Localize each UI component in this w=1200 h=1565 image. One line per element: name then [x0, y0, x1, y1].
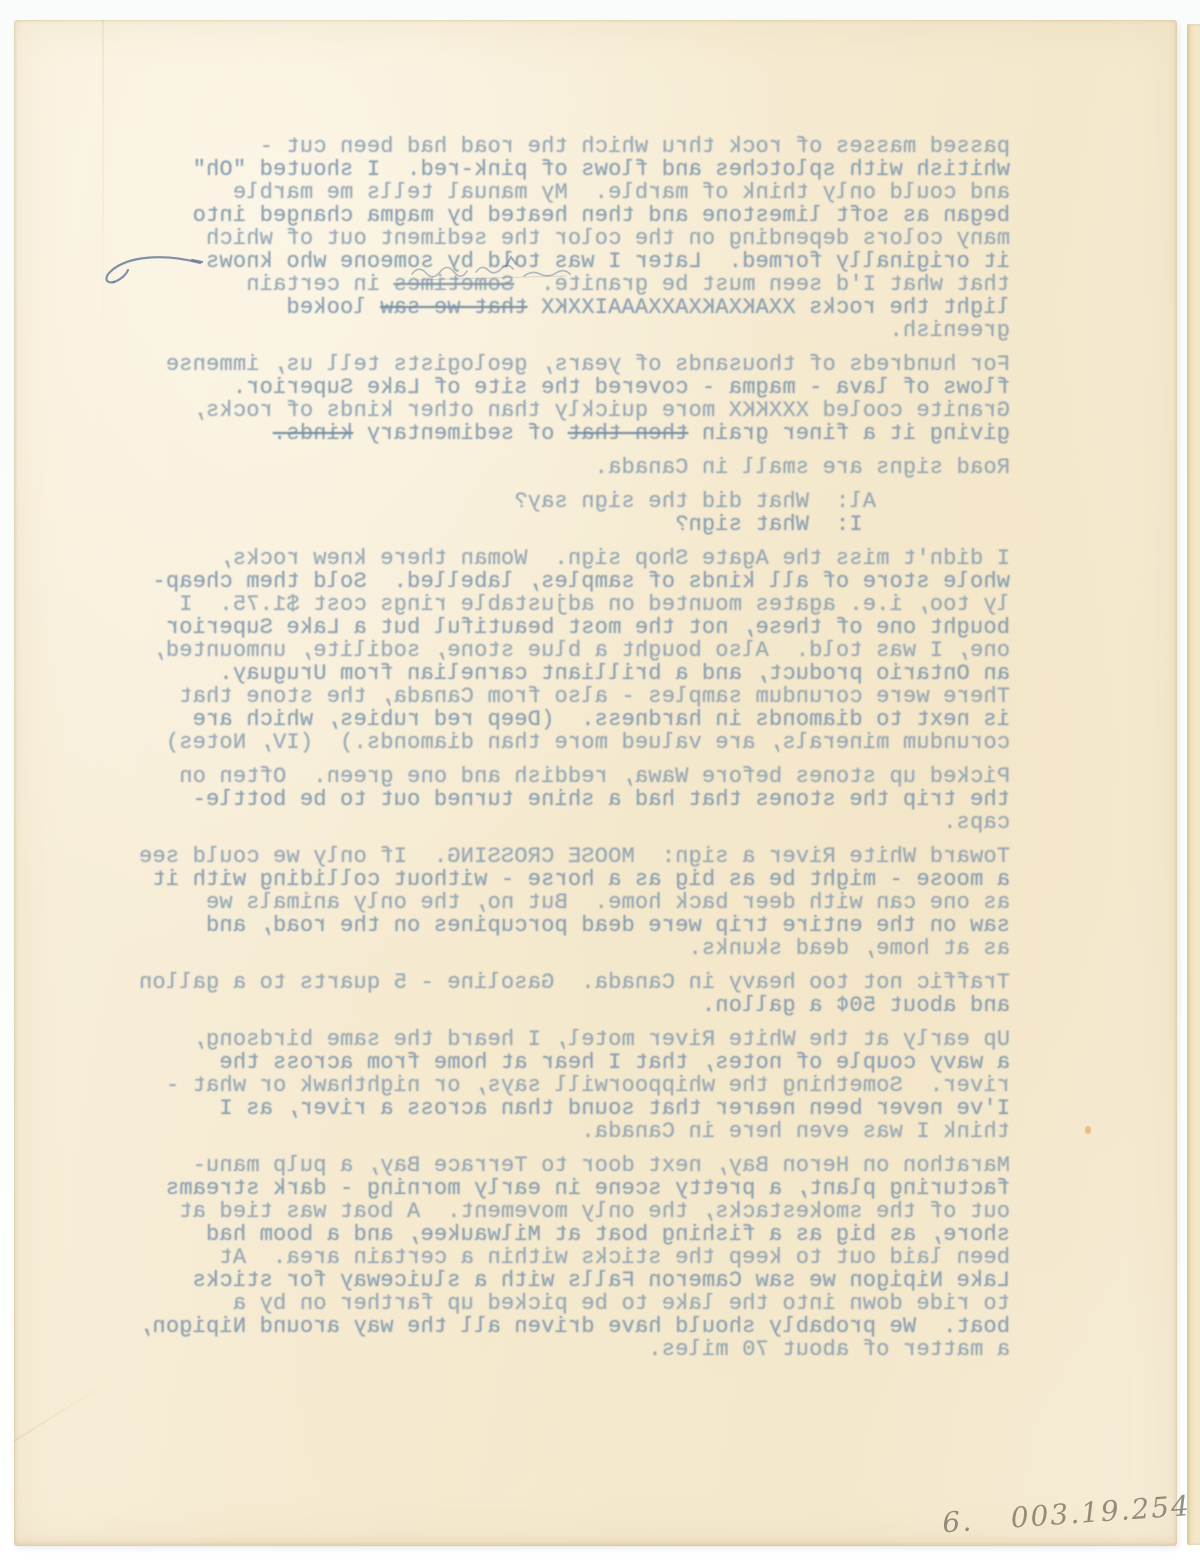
struck-text: kinds. — [273, 421, 353, 446]
typed-line: Picked up stones before Wawa, reddish an… — [130, 765, 1010, 788]
catalog-page-number: 6. — [941, 1504, 974, 1539]
typed-line: a moose - might be as big as a horse - w… — [130, 868, 1010, 891]
paper-crease — [13, 1377, 116, 1442]
typed-line: shore, as big as a fishing boat at Milwa… — [130, 1223, 1010, 1246]
catalog-number-annotation: 6.003.19.254 — [941, 1490, 1183, 1540]
paragraph: Marathon on Heron Bay, next door to Terr… — [130, 1154, 1010, 1361]
typed-line: Toward White River a sign: MOOSE CROSSIN… — [130, 845, 1010, 868]
typed-line: whitish with splotches and flows of pink… — [130, 158, 1010, 181]
paragraph: Traffic not too heavy in Canada. Gasolin… — [130, 971, 1010, 1017]
typed-line: and about 50¢ a gallon. — [130, 994, 1010, 1017]
struck-text: that we saw — [380, 295, 527, 320]
paragraph: passed masses of rock thru which the roa… — [130, 135, 1010, 342]
paragraph: Road signs are small in Canada. — [130, 456, 1010, 479]
typed-line: an Ontario product, and a brilliant carn… — [130, 662, 1010, 685]
typed-line: bought one of these, not the most beauti… — [130, 616, 1010, 639]
struck-text: Sometimes — [393, 272, 514, 297]
typed-line: greenish. — [130, 319, 1010, 342]
typed-line: I: What sign? — [130, 513, 1010, 536]
typed-line: it originally formed. Later I was told b… — [130, 250, 1010, 273]
paper-stain — [1085, 1126, 1091, 1134]
typed-line: began as soft limestone and then heated … — [130, 204, 1010, 227]
typed-line: I didn't miss the Agate Shop sign. Woman… — [130, 547, 1010, 570]
typed-line: many colors depending on the color the s… — [130, 227, 1010, 250]
typed-line: Al: What did the sign say? — [130, 490, 1010, 513]
typed-line: is next to diamonds in hardness. (Deep r… — [130, 708, 1010, 731]
typed-line: Granite cooled XXXKKX more quickly than … — [130, 399, 1010, 422]
typed-line: For hundreds of thousands of years, geol… — [130, 353, 1010, 376]
typed-line: caps. — [130, 811, 1010, 834]
typed-line: been laid out to keep the sticks within … — [130, 1246, 1010, 1269]
typed-line: that what I'd seen must be granite. Some… — [130, 273, 1010, 296]
typed-line: flows of lava - magma - covered the site… — [130, 376, 1010, 399]
typed-line: river. Something the whippoorwill says, … — [130, 1074, 1010, 1097]
typed-line: ly too, i.e. agates mounted on adjustabl… — [130, 593, 1010, 616]
typewritten-text-mirrored: passed masses of rock thru which the roa… — [130, 135, 1010, 1361]
typed-line: as one can with deer back home. But no, … — [130, 891, 1010, 914]
typed-line: I've never been nearer that sound than a… — [130, 1097, 1010, 1120]
typed-line: corundum minerals, are valued more than … — [130, 731, 1010, 754]
paragraph: Picked up stones before Wawa, reddish an… — [130, 765, 1010, 834]
struck-text: then that — [568, 421, 689, 446]
typed-line: Lake Nipigon we saw Cameron Falls with a… — [130, 1269, 1010, 1292]
typed-line: the trip the stones that had a shine tur… — [130, 788, 1010, 811]
catalog-accession-number: 003.19.254 — [1010, 1489, 1192, 1534]
typed-line: There were corundum samples - also from … — [130, 685, 1010, 708]
scan-background: { "document": { "description": "verso of… — [0, 0, 1200, 1565]
typed-line: a matter of about 70 miles. — [130, 1338, 1010, 1361]
typed-line: as at home, dead skunks. — [130, 937, 1010, 960]
typed-line: think I was even here in Canada. — [130, 1120, 1010, 1143]
paper-crease — [102, 20, 104, 360]
typed-line: a wavy couple of notes, that I hear at h… — [130, 1051, 1010, 1074]
typed-line: Up early at the White River motel, I hea… — [130, 1028, 1010, 1051]
typed-line: Traffic not too heavy in Canada. Gasolin… — [130, 971, 1010, 994]
typed-line: one, I was told. Also bought a blue ston… — [130, 639, 1010, 662]
paragraph: For hundreds of thousands of years, geol… — [130, 353, 1010, 445]
typed-line: Road signs are small in Canada. — [130, 456, 1010, 479]
typed-line: out of the smokestacks, the only movemen… — [130, 1200, 1010, 1223]
paragraph: Al: What did the sign say? I: What sign? — [130, 490, 1010, 536]
adjacent-page-edge — [1187, 24, 1200, 1545]
typed-line: passed masses of rock thru which the roa… — [130, 135, 1010, 158]
typed-line: facturing plant, a pretty scene in early… — [130, 1177, 1010, 1200]
typed-line: to ride down into the lake to be picked … — [130, 1292, 1010, 1315]
typed-line: Marathon on Heron Bay, next door to Terr… — [130, 1154, 1010, 1177]
paragraph: Up early at the White River motel, I hea… — [130, 1028, 1010, 1143]
typed-line: giving it a finer grain then that of sed… — [130, 422, 1010, 445]
document-page: passed masses of rock thru which the roa… — [14, 20, 1177, 1546]
typed-line: and could only think of marble. My manua… — [130, 181, 1010, 204]
typed-line: light the rocks XXAKXAKXAXXAAAIXXKX that… — [130, 296, 1010, 319]
paragraph: I didn't miss the Agate Shop sign. Woman… — [130, 547, 1010, 754]
typed-line: whole store of all kinds of samples, lab… — [130, 570, 1010, 593]
typed-line: boat. We probably should have driven all… — [130, 1315, 1010, 1338]
paragraph: Toward White River a sign: MOOSE CROSSIN… — [130, 845, 1010, 960]
typed-line: saw on the entire trip were dead porcupi… — [130, 914, 1010, 937]
